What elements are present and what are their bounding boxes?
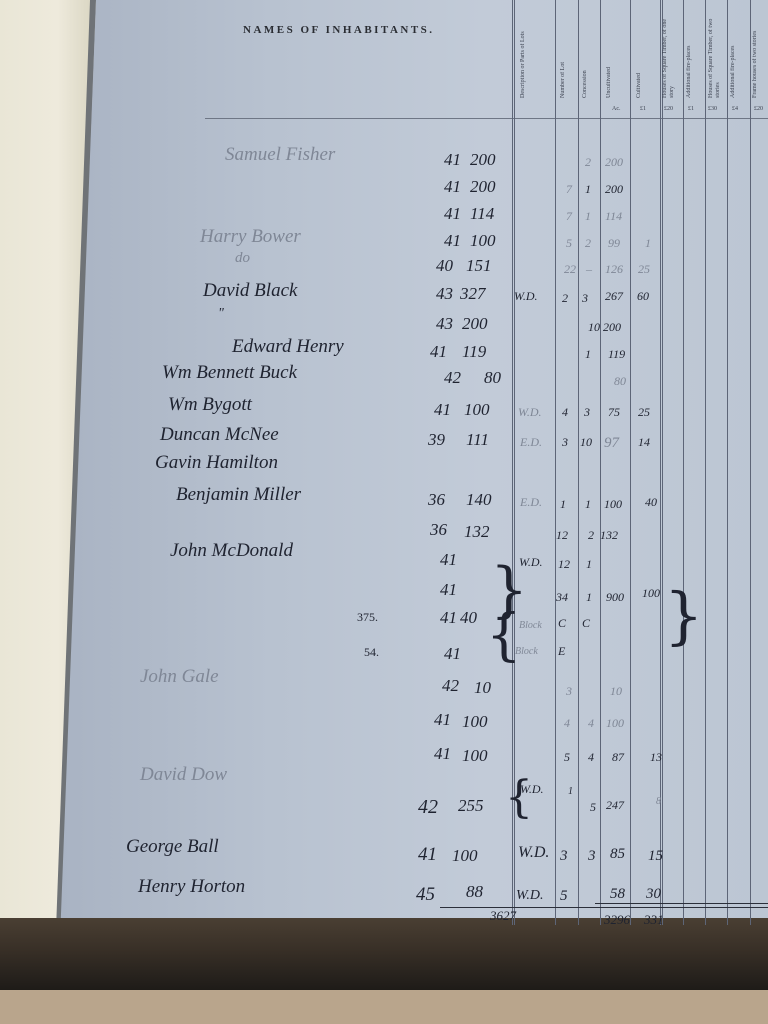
lot-description: W.D. xyxy=(516,888,544,904)
ref-number: 41 xyxy=(440,550,457,570)
lot-number: E xyxy=(558,644,565,659)
lot-number: 3 xyxy=(562,435,568,450)
acres: 255 xyxy=(458,796,484,816)
uncultivated: 900 xyxy=(606,590,624,605)
lot-number: 5 xyxy=(566,236,572,251)
column-unit: £20 xyxy=(754,106,763,112)
acres: 327 xyxy=(460,284,486,304)
acres: 10 xyxy=(474,678,491,698)
inhabitant-name: Benjamin Miller xyxy=(176,484,301,506)
page-title: NAMES OF INHABITANTS. xyxy=(243,24,435,36)
concession: 4 xyxy=(588,750,594,765)
ref-number: 43 xyxy=(436,314,453,334)
inhabitant-name: David Dow xyxy=(140,764,227,786)
lot-description: W.D. xyxy=(518,405,542,420)
uncultivated: 200 xyxy=(605,182,623,197)
concession: 3 xyxy=(582,291,588,306)
total-uncultivated: 3296 xyxy=(604,912,630,928)
inhabitant-name: Harry Bower xyxy=(200,226,301,248)
column-rule xyxy=(660,0,663,925)
concession: 1 xyxy=(586,590,592,605)
inhabitant-name: Wm Bennett Buck xyxy=(162,362,297,384)
column-header: Additional fire-places xyxy=(730,8,752,98)
column-rule xyxy=(705,0,706,925)
lot-number: 7 xyxy=(566,182,572,197)
cultivated: 8 xyxy=(656,796,661,807)
uncultivated: 80 xyxy=(614,374,626,389)
lot-number: 12 xyxy=(558,557,570,572)
acres: 200 xyxy=(470,177,496,197)
acres: 140 xyxy=(466,490,492,510)
ref-number: 39 xyxy=(428,430,445,450)
ref-number: 41 xyxy=(434,744,451,764)
lot-description: E.D. xyxy=(520,495,542,510)
ref-number: 41 xyxy=(444,644,461,664)
inhabitant-name: George Ball xyxy=(126,836,219,858)
lot-number: 12 xyxy=(556,528,568,543)
concession: 2 xyxy=(585,155,591,170)
uncultivated: 99 xyxy=(608,236,620,251)
lot-number: 22 xyxy=(564,262,576,277)
cultivated: 40 xyxy=(645,495,657,510)
total-cultivated: 331 xyxy=(644,912,664,928)
concession: 1 xyxy=(585,347,591,362)
book-page-edges xyxy=(0,918,768,990)
lot-number: 4 xyxy=(564,716,570,731)
ref-number: 42 xyxy=(418,796,438,819)
acres: 151 xyxy=(466,256,492,276)
inhabitant-name: Samuel Fisher xyxy=(225,144,335,166)
concession: 5 xyxy=(590,800,596,815)
column-header: Number of Lot xyxy=(560,8,582,98)
acres: 80 xyxy=(484,368,501,388)
cultivated: 30 xyxy=(646,886,661,903)
cultivated: 14 xyxy=(638,435,650,450)
column-header: Description or Parts of Lots xyxy=(520,8,542,98)
uncultivated: 126 xyxy=(605,262,623,277)
column-header: Additional fire-places xyxy=(686,8,708,98)
ref-number: 41 xyxy=(430,342,447,362)
ref-number: 40 xyxy=(436,256,453,276)
inhabitant-name: Edward Henry xyxy=(232,336,344,358)
ref-number: 42 xyxy=(442,676,459,696)
acres: 88 xyxy=(466,882,483,902)
lot-description: W.D. xyxy=(514,289,538,304)
concession: 2 xyxy=(585,236,591,251)
table-surface xyxy=(0,988,768,1024)
acres: 100 xyxy=(470,231,496,251)
concession: – xyxy=(586,262,592,277)
concession: 1 xyxy=(585,209,591,224)
lot-number: 1 xyxy=(560,497,566,512)
lot-number: 1 xyxy=(568,786,573,797)
lot-description: E.D. xyxy=(520,435,542,450)
ref-number: 41 xyxy=(444,177,461,197)
inhabitant-name: Henry Horton xyxy=(138,876,245,898)
uncultivated: 10 xyxy=(610,684,622,699)
ref-number: 41 xyxy=(440,608,457,628)
inhabitant-name: Wm Bygott xyxy=(168,394,252,416)
column-header: Uncultivated xyxy=(606,8,628,98)
concession: 1 xyxy=(585,497,591,512)
total-rule xyxy=(595,903,768,904)
acres: 111 xyxy=(466,430,489,450)
ref-number: 41 xyxy=(434,710,451,730)
acres: 100 xyxy=(464,400,490,420)
acres: 100 xyxy=(462,712,488,732)
column-header: Cultivated xyxy=(636,8,658,98)
ref-number: 41 xyxy=(418,844,437,866)
column-unit: £20 xyxy=(664,106,673,112)
acres: 40 xyxy=(460,608,477,628)
concession: 10 xyxy=(580,435,592,450)
concession: 3 xyxy=(584,405,590,420)
lot-number: 7 xyxy=(566,209,572,224)
cultivated: 25 xyxy=(638,405,650,420)
ref-number: 43 xyxy=(436,284,453,304)
column-rule xyxy=(683,0,684,925)
concession: 1 xyxy=(585,182,591,197)
concession: 10 xyxy=(588,320,600,335)
concession: 1 xyxy=(586,557,592,572)
column-rule xyxy=(630,0,631,925)
acres: 119 xyxy=(462,342,486,362)
acres: 114 xyxy=(470,204,494,224)
lot-number: 5 xyxy=(564,750,570,765)
column-rule xyxy=(578,0,579,925)
uncultivated: 58 xyxy=(610,886,625,903)
lot-number: 3 xyxy=(560,848,568,865)
uncultivated: 267 xyxy=(605,289,623,304)
lot-description: W.D. xyxy=(520,782,544,797)
inhabitant-name: Duncan McNee xyxy=(160,424,279,446)
column-header: Frame houses of two stories xyxy=(752,8,768,98)
uncultivated: 247 xyxy=(606,798,624,813)
ref-number: 36 xyxy=(428,490,445,510)
ref-number: 41 xyxy=(444,150,461,170)
concession: 4 xyxy=(588,716,594,731)
concession: 3 xyxy=(588,848,596,865)
ref-number: 41 xyxy=(440,580,457,600)
inhabitant-name: John Gale xyxy=(140,666,219,688)
cultivated: 60 xyxy=(637,289,649,304)
uncultivated: 200 xyxy=(603,320,621,335)
column-unit: £1 xyxy=(688,106,694,112)
cultivated: 100 xyxy=(642,586,660,601)
concession: C xyxy=(582,616,590,631)
uncultivated: 200 xyxy=(605,155,623,170)
uncultivated: 100 xyxy=(606,716,624,731)
column-rule xyxy=(555,0,556,925)
uncultivated: 97 xyxy=(604,435,619,452)
inhabitant-name: do xyxy=(235,250,250,267)
column-rule xyxy=(600,0,601,925)
acres: 200 xyxy=(462,314,488,334)
column-unit: Ac. xyxy=(612,106,621,112)
column-unit: £4 xyxy=(732,106,738,112)
ref-number: 41 xyxy=(444,231,461,251)
column-unit: £30 xyxy=(708,106,717,112)
uncultivated: 87 xyxy=(612,750,624,765)
uncultivated: 100 xyxy=(604,497,622,512)
column-rule xyxy=(750,0,751,925)
margin-note: 54. xyxy=(364,645,379,660)
inhabitant-name: David Black xyxy=(203,280,297,302)
ref-number: 42 xyxy=(444,368,461,388)
uncultivated: 119 xyxy=(608,347,625,362)
lot-number: 2 xyxy=(562,291,568,306)
total-acres: 3627 xyxy=(490,908,516,924)
cultivated: 13 xyxy=(650,750,662,765)
cultivated: 25 xyxy=(638,262,650,277)
uncultivated: 85 xyxy=(610,846,625,863)
inhabitant-name: John McDonald xyxy=(170,540,293,562)
ref-number: 45 xyxy=(416,884,435,906)
lot-number: 3 xyxy=(566,684,572,699)
lot-number: 4 xyxy=(562,405,568,420)
lot-description: W.D. xyxy=(518,844,549,862)
ref-number: 41 xyxy=(434,400,451,420)
uncultivated: 132 xyxy=(600,528,618,543)
inhabitant-name: Gavin Hamilton xyxy=(155,452,278,474)
acres: 132 xyxy=(464,522,490,542)
lot-number: 34 xyxy=(556,590,568,605)
cultivated: 15 xyxy=(648,848,663,865)
column-unit: £1 xyxy=(640,106,646,112)
acres: 200 xyxy=(470,150,496,170)
column-rule xyxy=(727,0,728,925)
bracket-icon: } xyxy=(664,585,703,647)
inhabitant-name: " xyxy=(218,306,224,322)
acres: 100 xyxy=(452,846,478,866)
acres: 100 xyxy=(462,746,488,766)
column-header: Houses of Square Timber, of one story xyxy=(662,8,684,98)
ref-number: 41 xyxy=(444,204,461,224)
concession: 2 xyxy=(588,528,594,543)
bracket-icon: { xyxy=(486,608,522,664)
lot-number: 5 xyxy=(560,888,568,905)
margin-note: 375. xyxy=(357,610,378,625)
lot-number: C xyxy=(558,616,566,631)
uncultivated: 114 xyxy=(605,209,622,224)
cultivated: 1 xyxy=(645,236,651,251)
column-header: Concession xyxy=(582,8,604,98)
uncultivated: 75 xyxy=(608,405,620,420)
ref-number: 36 xyxy=(430,520,447,540)
column-header: Houses of Square Timber, of two stories xyxy=(708,8,730,98)
